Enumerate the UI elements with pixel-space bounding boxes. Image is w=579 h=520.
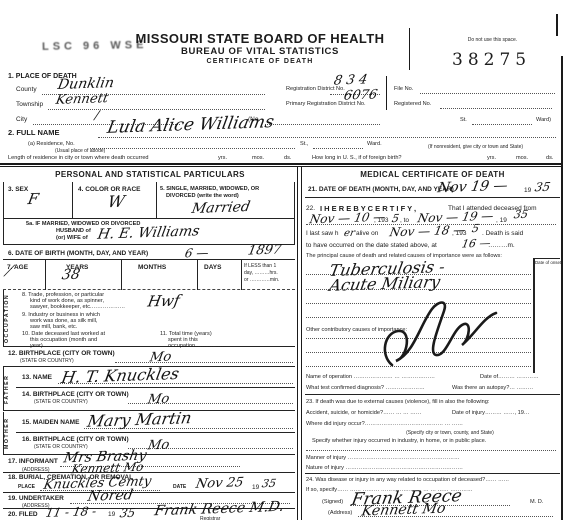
father-state-label: (STATE OR COUNTRY) [34,399,88,405]
date-of-death-value: Nov 19 — [436,178,509,196]
state-country-label: (STATE OR COUNTRY) [20,358,74,364]
street-label: St. [460,117,467,123]
form-title: MISSOURI STATE BOARD OF HEALTH [115,31,405,46]
trade-value: Hwf [146,291,181,310]
cell-divider [121,260,122,290]
dob-label: 6. DATE OF BIRTH (MONTH, DAY, AND YEAR) [8,250,148,257]
row-rule [305,394,560,395]
certificate-number: 38275 [452,50,531,70]
date-of-onset-label: Date of onset [535,259,560,265]
dotted-rule [115,362,293,363]
mos-label: mos. [252,155,264,161]
column-divider [297,166,298,520]
to-19-printed: , 19 [496,217,507,224]
father-birthplace-label: 14. BIRTHPLACE (CITY OR TOWN) [22,391,129,398]
md-label: M. D. [530,499,543,505]
dod-19-label: 19 [524,187,531,194]
less-than-day-line1: If LESS than 1 [244,263,276,269]
mos2-label: mos. [516,155,528,161]
cell-divider [156,182,157,219]
cause-of-death-line2: Acute Miliary [328,272,442,295]
father-birthplace-value: Mo [147,392,171,408]
violence-label: 23. If death was due to external causes … [306,399,489,405]
specify-where-note: Specify whether injury occurred in indus… [312,438,486,444]
scan-edge-mark [556,14,558,36]
related-occupation-label: 24. Was disease or injury in any way rel… [306,477,509,483]
section-separator [0,163,562,165]
registration-district-value: 8 3 4 [333,72,369,88]
mother-birthplace-value: Mo [147,438,171,454]
last-worked-label-line3: year)……………… …… … ……… [30,343,115,349]
nature-of-injury-label: Nature of injury ……………………………………………………… [306,465,463,471]
header-divider [409,28,410,70]
cell-divider [45,260,46,290]
occupation-vertical-label: OCCUPATION [3,290,16,347]
do-not-use-label: Do not use this space. [430,37,555,43]
dotted-rule [440,108,552,109]
burial-year-value: 35 [261,477,277,490]
injury-date-label: Date of injury……… ……, 19… [452,410,529,416]
birthplace-value: Mo [149,350,173,366]
burial-19-label: 19 [252,484,259,491]
industry-label-line3: saw mill, bank, etc. [30,324,77,330]
date-of-label: Date of……… ………… [480,374,539,380]
dotted-rule [306,450,556,451]
dod-year-value: 35 [534,180,552,195]
date-of-onset-box: Date of onset [533,258,560,373]
city-label: City [16,116,27,123]
birthplace-label: 12. BIRTHPLACE (CITY OR TOWN) [8,350,115,357]
last-saw-year-value: 5 [471,222,480,235]
city-value: ∕ [94,108,101,122]
cell-divider [72,182,73,219]
full-name-value: Lula Alice Williams [106,112,276,138]
date-of-death-label: 21. DATE OF DEATH (MONTH, DAY, AND YEAR) [308,186,454,193]
cell-divider [197,260,198,290]
burial-date-value: Nov 25 [195,475,245,492]
nonresident-note: (If nonresident, give city or town and S… [428,144,523,150]
marital-label-line1: 5. SINGLE, MARRIED, WIDOWED, OR [160,186,259,192]
husband-of-label: HUSBAND of [56,228,91,234]
file-box-divider [386,76,387,110]
dotted-rule [313,148,363,149]
illegible-scrawl-mark [378,295,508,375]
father-vertical-label: FATHER [3,367,16,411]
residence-label: (a) Residence, No. [28,141,75,147]
filed-19-label: 19 [108,511,115,518]
dob-year-value: 1897 [247,242,283,258]
mother-name-value: Mary Martin [86,408,193,431]
form-subtitle: BUREAU OF VITAL STATISTICS [115,46,405,57]
burial-place-label: PLACE [18,484,35,490]
age-value: 38 [61,267,82,284]
section-separator [0,166,562,167]
burial-date-label: DATE [173,484,186,490]
column-divider [301,166,302,520]
last-saw-19-printed: , 193 [452,230,466,237]
wife-of-label: (or) WIFE of [56,235,88,241]
occurred-label: to have occurred on the date stated abov… [306,242,437,249]
registrar-label: Registrar [200,516,220,520]
undertaker-value: Nored [86,487,134,505]
where-injury-label: Where did injury occur?…………………………………… … … [306,421,463,427]
filed-date-value: 11 - 18 - [45,504,98,520]
address-label: (Address) [328,510,352,516]
residence-st-label: St., [300,141,308,147]
residence-ward-label: Ward. [367,141,382,147]
county-label: County [16,86,37,93]
row-rule [16,387,295,388]
marital-label-line2: DIVORCED (write the word) [166,193,239,199]
registered-no-label: Registered No. [394,101,431,107]
certify-number: 22. [306,205,315,212]
trade-label-line3: sawyer, bookkeeper, etc.……………… [30,304,125,310]
filed-year-value: 35 [119,506,137,520]
primary-district-value: 6076 [343,87,379,103]
days-label: DAYS [204,264,221,271]
less-than-day-line2: day, ………hrs. [244,270,278,276]
informant-label: 17. INFORMANT [8,458,58,465]
dotted-rule [48,109,265,110]
manner-of-injury-label: Manner of injury …………………………………………………… [306,455,460,461]
to-label: , to [400,217,409,224]
dotted-rule [420,93,555,94]
dotted-rule [265,124,380,125]
death-certificate-scan: LSC 96 WSE MISSOURI STATE BOARD OF HEALT… [0,0,579,520]
test-label: What test confirmed diagnosis? ………………… [306,385,425,391]
operation-label: Name of operation ………………… … ……………… [306,374,435,380]
mother-vertical-label: MOTHER [3,412,16,455]
abode-note: (Usual place of abode) [55,148,105,154]
mother-birthplace-label: 16. BIRTHPLACE (CITY OR TOWN) [22,436,129,443]
dotted-rule [472,124,532,125]
howlong-label: How long in U. S., if of foreign birth? [312,155,402,161]
ds2-label: ds. [546,155,553,161]
full-name-label: 2. FULL NAME [8,128,60,137]
dotted-rule [306,289,531,290]
ds-label: ds. [284,155,291,161]
total-time-label-line3: occupation…… … …… [168,343,226,349]
yrs2-label: yrs. [487,155,496,161]
accident-label: Accident, suicide, or homicide?…… … … …… [306,410,421,416]
last-saw-label2: alive on [356,230,378,237]
sex-label: 3. SEX [8,186,28,193]
row-rule [16,432,295,433]
township-label: Township [16,101,43,108]
yrs-label: yrs. [218,155,227,161]
row-rule [305,197,560,198]
file-no-label: File No. [394,86,413,92]
scan-right-border [561,56,563,520]
last-saw-hw-er: er [343,228,356,239]
last-saw-label1: I last saw h [306,230,339,237]
dotted-rule [90,148,295,149]
row-rule [305,473,560,474]
township-value: Kennett [54,91,109,108]
length-residence-label: Length of residence in city or town wher… [8,155,149,161]
signed-label: (Signed) [322,499,343,505]
ward-label: Ward) [536,117,551,123]
autopsy-label: Was there an autopsy?… ……… [452,385,533,391]
marital-value: Married [190,199,251,217]
dotted-rule [98,137,556,138]
from-year-printed: , 193 [374,217,388,224]
father-name-label: 13. NAME [22,374,52,381]
left-column-title: PERSONAL AND STATISTICAL PARTICULARS [15,170,285,179]
to-year-value: 35 [513,208,529,221]
filed-label: 20. FILED [8,511,38,518]
mother-name-label: 15. MAIDEN NAME [22,419,79,426]
right-column-title: MEDICAL CERTIFICATE OF DEATH [315,170,550,179]
form-subtitle2: CERTIFICATE OF DEATH [115,58,405,65]
row-rule [3,472,295,473]
dotted-rule [358,516,553,517]
cell-divider [241,260,242,290]
race-value: W [106,192,126,212]
months-label: MONTHS [138,264,166,271]
row-rule [3,492,295,493]
undertaker-label: 19. UNDERTAKER [8,495,64,502]
less-than-day-line3: or …………min. [244,277,279,283]
hour-m-label: ………m. [488,242,515,249]
specify-city-note: (Specify city or town, county, and State… [370,430,530,436]
